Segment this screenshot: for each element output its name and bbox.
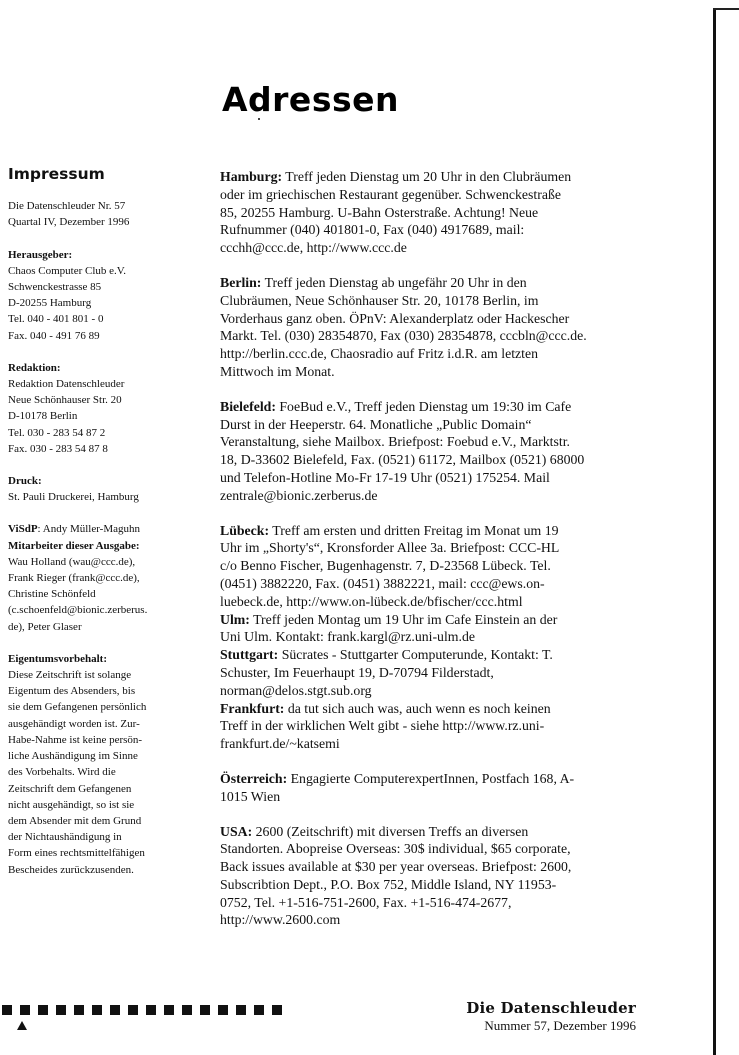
square-icon xyxy=(164,1005,174,1015)
address-line: Rufnummer (040) 401801-0, Fax (040) 4917… xyxy=(220,221,650,239)
address-hamburg: Hamburg: Treff jeden Dienstag um 20 Uhr … xyxy=(220,168,650,257)
address-line: luebeck.de, http://www.on-lübeck.de/bfis… xyxy=(220,593,650,611)
square-icon xyxy=(236,1005,246,1015)
address-line: zentrale@bionic.zerberus.de xyxy=(220,487,650,505)
contributors-block: ViSdP: Andy Müller-Maguhn Mitarbeiter di… xyxy=(8,521,204,634)
address-line: 85, 20255 Hamburg. U-Bahn Osterstraße. A… xyxy=(220,204,650,222)
mitarbeiter-line: Christine Schönfeld xyxy=(8,586,204,602)
eigentum-line: Bescheides zurückzusenden. xyxy=(8,862,204,878)
address-text: Treff am ersten und dritten Freitag im M… xyxy=(269,523,558,538)
print-speck xyxy=(258,118,260,120)
herausgeber-line: Schwenckestrasse 85 xyxy=(8,279,204,295)
address-line: (0451) 3882220, Fax. (0451) 3882221, mai… xyxy=(220,575,650,593)
address-line: Frankfurt: da tut sich auch was, auch we… xyxy=(220,700,650,718)
eigentum-line: Diese Zeitschrift ist solange xyxy=(8,667,204,683)
address-line: Uhr im „Shorty's“, Kronsforder Allee 3a.… xyxy=(220,539,650,557)
address-usa: USA: 2600 (Zeitschrift) mit diversen Tre… xyxy=(220,823,650,930)
address-line: Berlin: Treff jeden Dienstag ab ungefähr… xyxy=(220,274,650,292)
square-icon xyxy=(200,1005,210,1015)
eigentum-line: der Nichtaushändigung in xyxy=(8,829,204,845)
druck-label: Druck: xyxy=(8,473,204,489)
redaktion-line: Redaktion Datenschleuder xyxy=(8,376,204,392)
eigentum-line: nicht ausgehändigt, so ist sie xyxy=(8,797,204,813)
address-line: c/o Benno Fischer, Bugenhagenstr. 7, D-2… xyxy=(220,557,650,575)
redaktion-block: Redaktion: Redaktion Datenschleuder Neue… xyxy=(8,360,204,457)
eigentum-line: Form eines rechtsmittelfähigen xyxy=(8,845,204,861)
triangle-marker-icon xyxy=(17,1021,27,1030)
square-icon xyxy=(146,1005,156,1015)
redaktion-label: Redaktion: xyxy=(8,360,204,376)
herausgeber-line: Tel. 040 - 401 801 - 0 xyxy=(8,311,204,327)
eigentum-line: des Vorbehalts. Wird die xyxy=(8,764,204,780)
square-icon xyxy=(92,1005,102,1015)
druck-block: Druck: St. Pauli Druckerei, Hamburg xyxy=(8,473,204,505)
address-line: 1015 Wien xyxy=(220,788,650,806)
address-line: 18, D-33602 Bielefeld, Fax. (0521) 61172… xyxy=(220,451,650,469)
masthead: Die Datenschleuder Nummer 57, Dezember 1… xyxy=(466,999,636,1034)
square-icon xyxy=(74,1005,84,1015)
square-icon xyxy=(272,1005,282,1015)
issue-line: Die Datenschleuder Nr. 57 xyxy=(8,198,204,214)
eigentum-line: Habe-Nahme ist keine persön- xyxy=(8,732,204,748)
address-line: Schuster, Im Feuerhaupt 19, D-70794 Fild… xyxy=(220,664,650,682)
issue-line: Quartal IV, Dezember 1996 xyxy=(8,214,204,230)
square-icon xyxy=(20,1005,30,1015)
address-frankfurt: Frankfurt: da tut sich auch was, auch we… xyxy=(220,700,650,753)
address-line: Markt. Tel. (030) 28354870, Fax (030) 28… xyxy=(220,327,650,345)
address-text: Treff jeden Montag um 19 Uhr im Cafe Ein… xyxy=(250,612,557,627)
eigentum-line: ausgehändigt worden ist. Zur- xyxy=(8,716,204,732)
square-icon xyxy=(2,1005,12,1015)
eigentum-line: dem Absender mit dem Grund xyxy=(8,813,204,829)
addresses-column: Hamburg: Treff jeden Dienstag um 20 Uhr … xyxy=(220,168,650,946)
city-label: Stuttgart: xyxy=(220,647,278,662)
visdp-value: : Andy Müller-Maguhn xyxy=(38,523,140,535)
square-icon xyxy=(128,1005,138,1015)
impressum-column: Impressum Die Datenschleuder Nr. 57 Quar… xyxy=(8,166,204,894)
square-icon xyxy=(56,1005,66,1015)
address-line: Vorderhaus ganz oben. ÖPnV: Alexanderpla… xyxy=(220,310,650,328)
eigentumsvorbehalt-label: Eigentumsvorbehalt: xyxy=(8,651,204,667)
herausgeber-line: Fax. 040 - 491 76 89 xyxy=(8,328,204,344)
address-luebeck: Lübeck: Treff am ersten und dritten Frei… xyxy=(220,522,650,611)
address-line: Ulm: Treff jeden Montag um 19 Uhr im Caf… xyxy=(220,611,650,629)
eigentum-line: liche Aushändigung im Sinne xyxy=(8,748,204,764)
redaktion-line: Neue Schönhauser Str. 20 xyxy=(8,392,204,408)
eigentum-line: Eigentum des Absenders, bis xyxy=(8,683,204,699)
address-stuttgart: Stuttgart: Sücrates - Stuttgarter Comput… xyxy=(220,646,650,699)
footer-square-bar xyxy=(2,1005,282,1015)
city-label: Hamburg: xyxy=(220,169,282,184)
address-text: da tut sich auch was, auch wenn es noch … xyxy=(284,701,550,716)
city-label: Ulm: xyxy=(220,612,250,627)
address-line: Back issues available at $30 per year ov… xyxy=(220,858,650,876)
address-text: Treff jeden Dienstag ab ungefähr 20 Uhr … xyxy=(261,275,526,290)
address-line: frankfurt.de/~katsemi xyxy=(220,735,650,753)
herausgeber-line: D-20255 Hamburg xyxy=(8,295,204,311)
city-label: Frankfurt: xyxy=(220,701,284,716)
page-edge-line xyxy=(713,9,716,1055)
square-icon xyxy=(110,1005,120,1015)
herausgeber-label: Herausgeber: xyxy=(8,247,204,263)
address-line: oder im griechischen Restaurant gegenübe… xyxy=(220,186,650,204)
address-line: Österreich: Engagierte ComputerexpertInn… xyxy=(220,770,650,788)
address-line: und Telefon-Hotline Mo-Fr 17-19 Uhr (052… xyxy=(220,469,650,487)
address-berlin: Berlin: Treff jeden Dienstag ab ungefähr… xyxy=(220,274,650,381)
address-bielefeld: Bielefeld: FoeBud e.V., Treff jeden Dien… xyxy=(220,398,650,505)
address-line: Standorten. Abopreise Overseas: 30$ indi… xyxy=(220,840,650,858)
address-line: http://www.2600.com xyxy=(220,911,650,929)
address-line: http://berlin.ccc.de, Chaosradio auf Fri… xyxy=(220,345,650,363)
address-text: Sücrates - Stuttgarter Computerunde, Kon… xyxy=(278,647,553,662)
eigentum-line: sie dem Gefangenen persönlich xyxy=(8,699,204,715)
city-label: USA: xyxy=(220,824,252,839)
address-text: 2600 (Zeitschrift) mit diversen Treffs a… xyxy=(252,824,528,839)
eigentumsvorbehalt-block: Eigentumsvorbehalt: Diese Zeitschrift is… xyxy=(8,651,204,878)
city-label: Österreich: xyxy=(220,771,287,786)
mitarbeiter-label: Mitarbeiter dieser Ausgabe: xyxy=(8,538,204,554)
mitarbeiter-line: Wau Holland (wau@ccc.de), xyxy=(8,554,204,570)
square-icon xyxy=(218,1005,228,1015)
herausgeber-block: Herausgeber: Chaos Computer Club e.V. Sc… xyxy=(8,247,204,344)
address-line: Lübeck: Treff am ersten und dritten Frei… xyxy=(220,522,650,540)
square-icon xyxy=(38,1005,48,1015)
address-text: FoeBud e.V., Treff jeden Dienstag um 19:… xyxy=(276,399,571,414)
city-label: Bielefeld: xyxy=(220,399,276,414)
address-line: Subscribtion Dept., P.O. Box 752, Middle… xyxy=(220,876,650,894)
masthead-name: Die Datenschleuder xyxy=(466,999,636,1017)
impressum-heading: Impressum xyxy=(8,166,204,182)
address-line: norman@delos.stgt.sub.org xyxy=(220,682,650,700)
address-line: Mittwoch im Monat. xyxy=(220,363,650,381)
square-icon xyxy=(254,1005,264,1015)
redaktion-line: Fax. 030 - 283 54 87 8 xyxy=(8,441,204,457)
redaktion-line: Tel. 030 - 283 54 87 2 xyxy=(8,425,204,441)
address-line: ccchh@ccc.de, http://www.ccc.de xyxy=(220,239,650,257)
address-text: Engagierte ComputerexpertInnen, Postfach… xyxy=(287,771,574,786)
address-line: Clubräumen, Neue Schönhauser Str. 20, 10… xyxy=(220,292,650,310)
mitarbeiter-line: (c.schoenfeld@bionic.zerberus. xyxy=(8,602,204,618)
address-line: Stuttgart: Sücrates - Stuttgarter Comput… xyxy=(220,646,650,664)
redaktion-line: D-10178 Berlin xyxy=(8,408,204,424)
herausgeber-line: Chaos Computer Club e.V. xyxy=(8,263,204,279)
city-label: Berlin: xyxy=(220,275,261,290)
page-edge-corner xyxy=(713,8,739,10)
address-text: Treff jeden Dienstag um 20 Uhr in den Cl… xyxy=(282,169,571,184)
address-line: USA: 2600 (Zeitschrift) mit diversen Tre… xyxy=(220,823,650,841)
address-line: Bielefeld: FoeBud e.V., Treff jeden Dien… xyxy=(220,398,650,416)
visdp-label: ViSdP xyxy=(8,523,38,535)
address-line: Veranstaltung, siehe Mailbox. Briefpost:… xyxy=(220,433,650,451)
square-icon xyxy=(182,1005,192,1015)
address-line: Uni Ulm. Kontakt: frank.kargl@rz.uni-ulm… xyxy=(220,628,650,646)
issue-info: Die Datenschleuder Nr. 57 Quartal IV, De… xyxy=(8,198,204,230)
city-label: Lübeck: xyxy=(220,523,269,538)
mitarbeiter-line: de), Peter Glaser xyxy=(8,619,204,635)
visdp-line: ViSdP: Andy Müller-Maguhn xyxy=(8,521,204,537)
address-line: Treff in der wirklichen Welt gibt - sieh… xyxy=(220,717,650,735)
page-title: Adressen xyxy=(222,80,399,119)
eigentum-line: Zeitschrift dem Gefangenen xyxy=(8,781,204,797)
address-line: 0752, Tel. +1-516-751-2600, Fax. +1-516-… xyxy=(220,894,650,912)
druck-line: St. Pauli Druckerei, Hamburg xyxy=(8,489,204,505)
address-line: Durst in der Heeperstr. 64. Monatliche „… xyxy=(220,416,650,434)
masthead-issue: Nummer 57, Dezember 1996 xyxy=(466,1018,636,1034)
address-line: Hamburg: Treff jeden Dienstag um 20 Uhr … xyxy=(220,168,650,186)
address-ulm: Ulm: Treff jeden Montag um 19 Uhr im Caf… xyxy=(220,611,650,647)
address-oesterreich: Österreich: Engagierte ComputerexpertInn… xyxy=(220,770,650,806)
mitarbeiter-line: Frank Rieger (frank@ccc.de), xyxy=(8,570,204,586)
